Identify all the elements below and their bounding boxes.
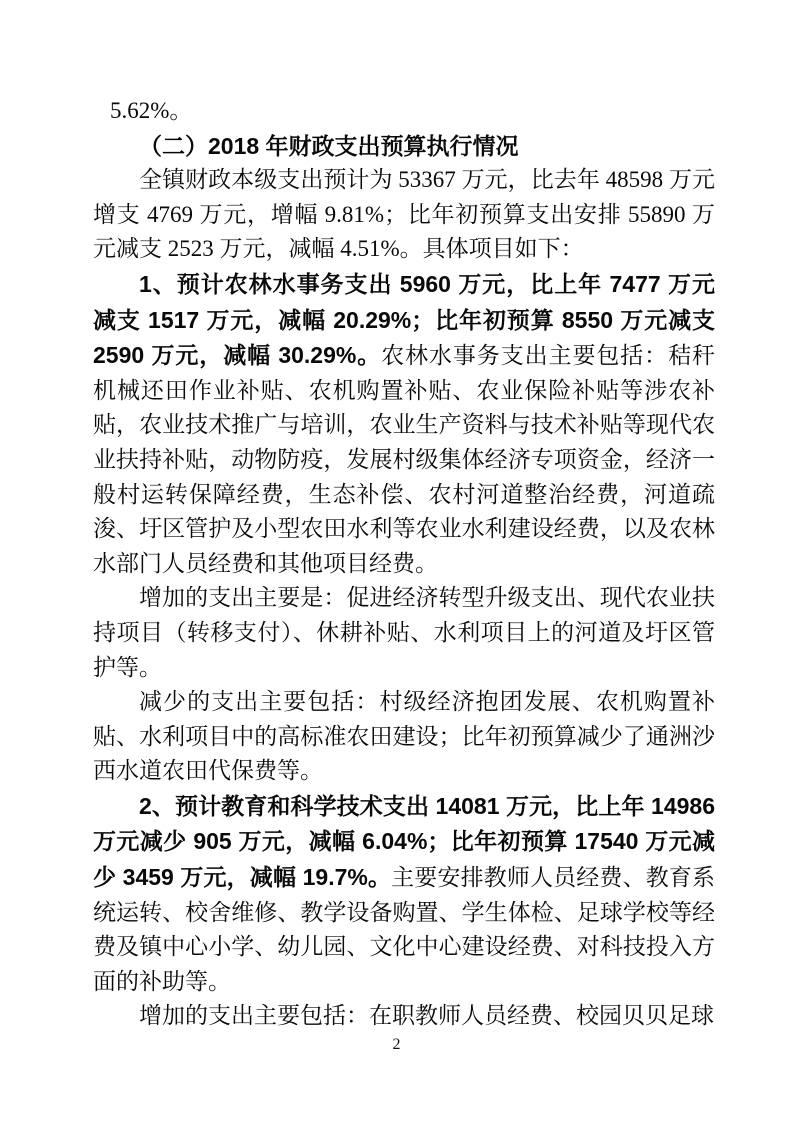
document-body: 5.62%。（二）2018 年财政支出预算执行情况全镇财政本级支出预计为 533… [93, 94, 715, 1034]
text-run: 增加的支出主要包括：在职教师人员经费、校园贝贝足球 [139, 1003, 714, 1028]
paragraph: 全镇财政本级支出预计为 53367 万元，比去年 48598 万元增支 4769… [93, 163, 715, 267]
paragraph: 2、预计教育和科学技术支出 14081 万元，比上年 14986 万元减少 90… [93, 789, 715, 1000]
section-heading: （二）2018 年财政支出预算执行情况 [93, 129, 715, 164]
paragraph: 5.62%。 [93, 94, 715, 129]
paragraph: 增加的支出主要包括：在职教师人员经费、校园贝贝足球 [93, 999, 715, 1034]
text-run: 减少的支出主要包括：村级经济抱团发展、农机购置补贴、水利项目中的高标准农田建设；… [93, 689, 715, 783]
text-run-bold: （二）2018 年财政支出预算执行情况 [139, 133, 519, 159]
paragraph: 增加的支出主要是：促进经济转型升级支出、现代农业扶持项目（转移支付）、休耕补贴、… [93, 581, 715, 685]
text-run: 农林水事务支出主要包括：秸秆机械还田作业补贴、农机购置补贴、农业保险补贴等涉农补… [93, 343, 715, 576]
text-run: 增加的支出主要是：促进经济转型升级支出、现代农业扶持项目（转移支付）、休耕补贴、… [93, 585, 715, 679]
page-footer: 2 [0, 1036, 793, 1054]
document-page: 5.62%。（二）2018 年财政支出预算执行情况全镇财政本级支出预计为 533… [0, 0, 793, 1122]
text-run: 全镇财政本级支出预计为 53367 万元，比去年 48598 万元增支 4769… [93, 167, 715, 261]
page-number: 2 [393, 1036, 401, 1053]
paragraph: 减少的支出主要包括：村级经济抱团发展、农机购置补贴、水利项目中的高标准农田建设；… [93, 685, 715, 789]
paragraph: 1、预计农林水事务支出 5960 万元，比上年 7477 万元减支 1517 万… [93, 267, 715, 581]
text-run: 5.62%。 [110, 98, 192, 123]
